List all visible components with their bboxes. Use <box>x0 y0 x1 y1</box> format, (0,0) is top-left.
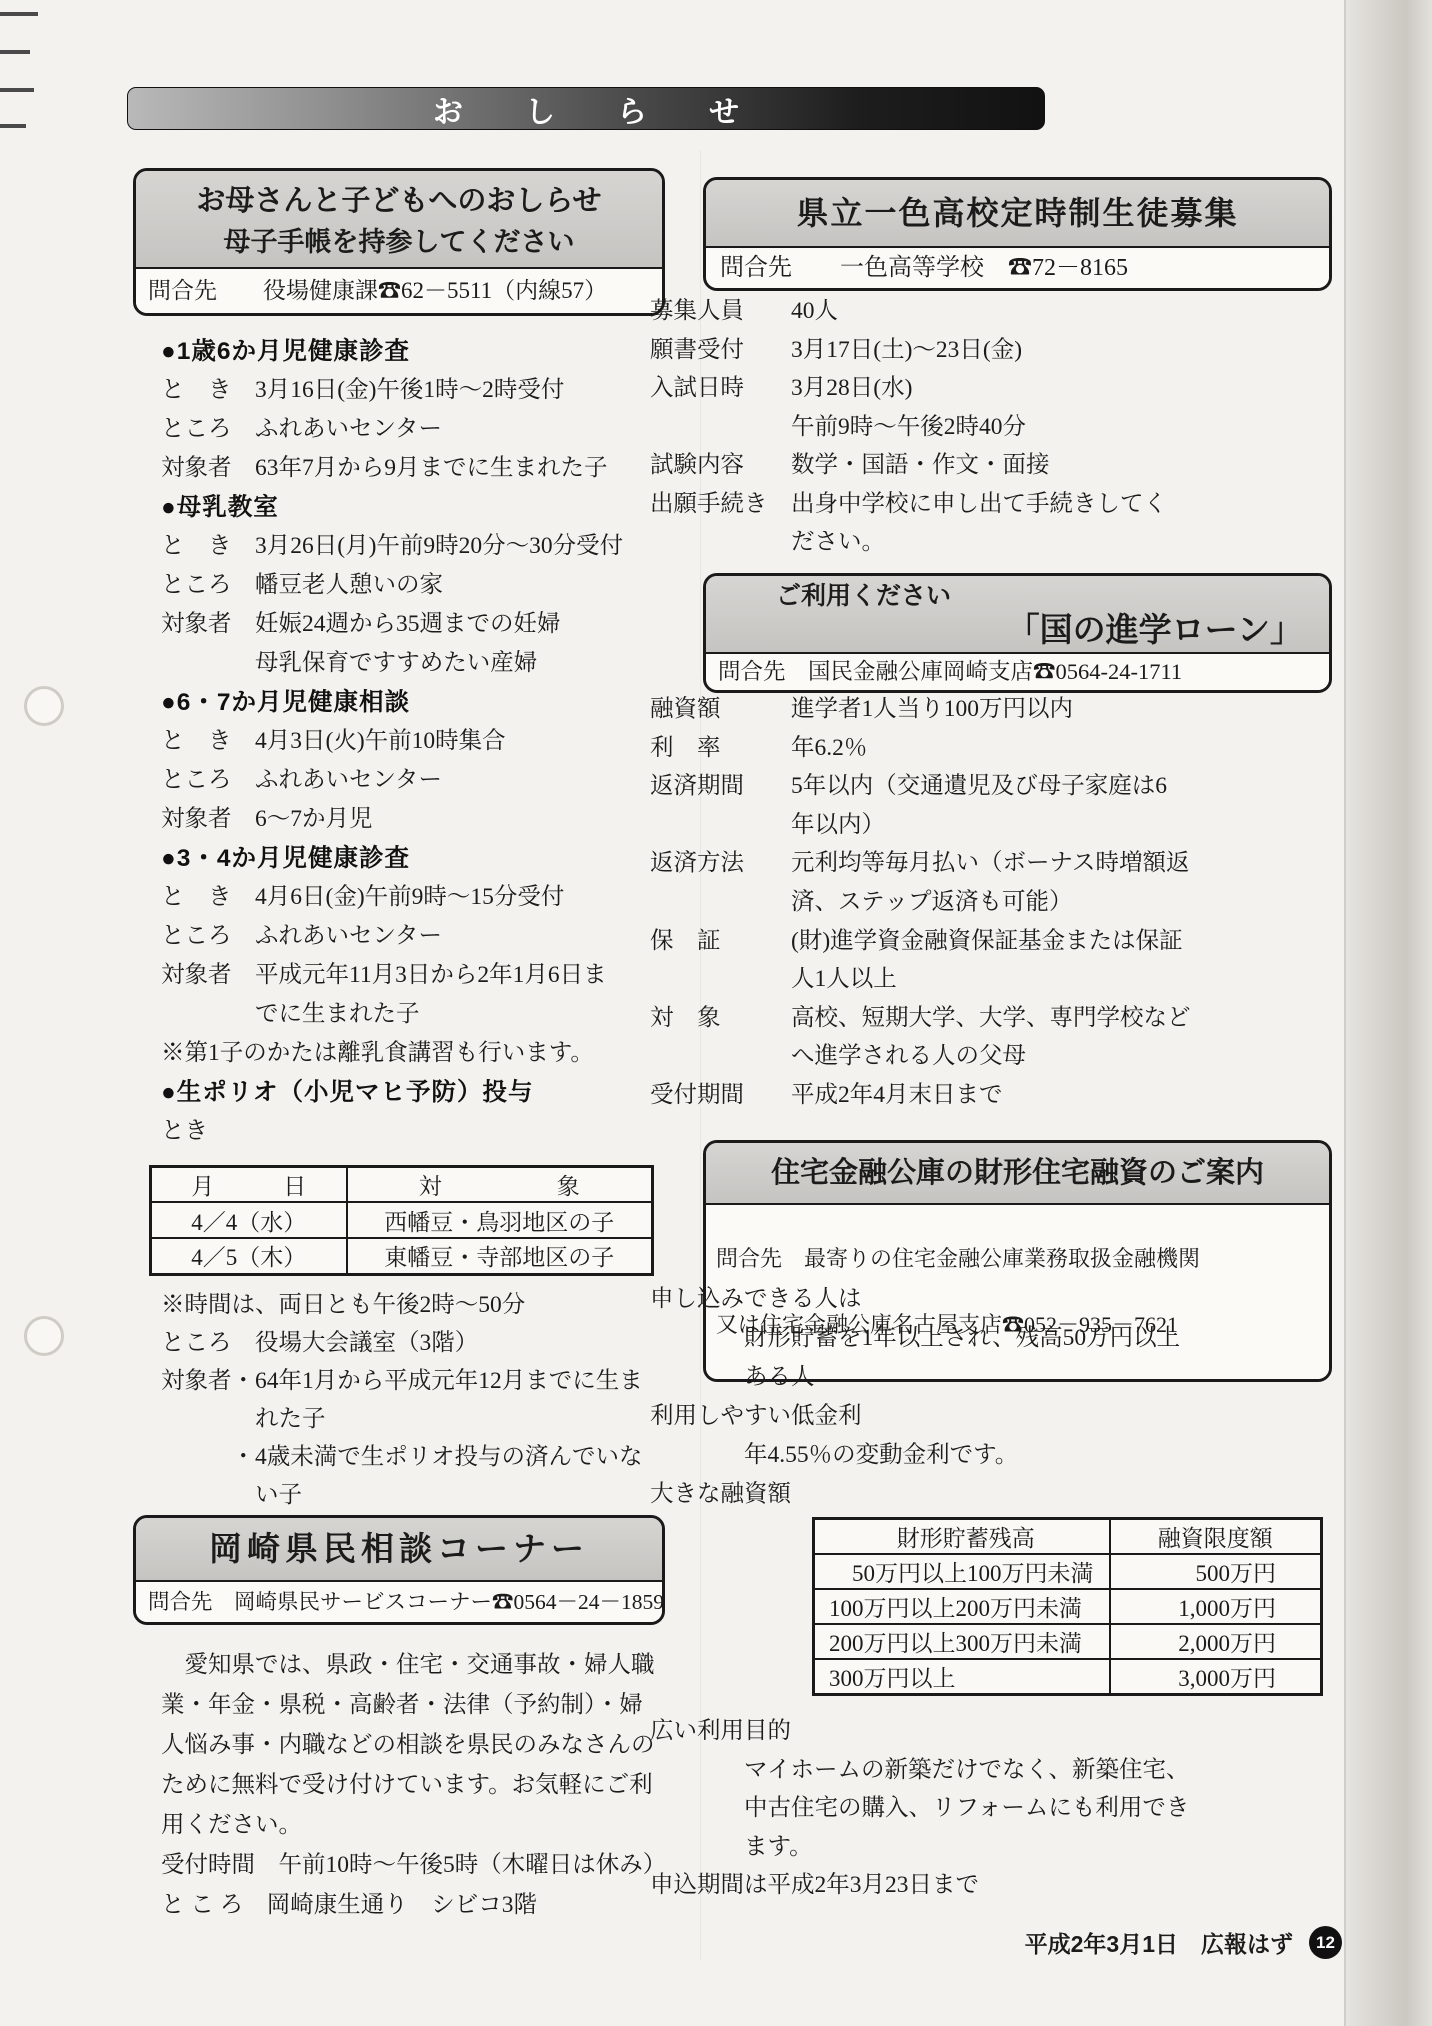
table-row: 200万円以上300万円未満 2,000万円 <box>814 1624 1322 1659</box>
text-line: 対象者 63年7月から9月までに生まれた子 <box>147 449 669 488</box>
footer-date: 平成2年3月1日 広報はず <box>1025 1926 1293 1959</box>
text-line: 年以内） <box>650 806 1332 845</box>
text-line: 大きな融資額 <box>650 1475 1332 1514</box>
column-header-date: 月 日 <box>151 1167 347 1203</box>
text-line: ださい。 <box>650 523 1332 562</box>
text-line: ところ 幡豆老人憩いの家 <box>147 566 669 605</box>
table-cell-target: 西幡豆・鳥羽地区の子 <box>347 1202 653 1238</box>
text-line: 申込期間は平成2年3月23日まで <box>650 1866 1332 1905</box>
mother-child-box: お母さんと子どもへのおしらせ 母子手帳を持参してください 問合先 役場健康課☎6… <box>133 168 665 316</box>
text-line: ●6・7か月児健康相談 <box>147 683 669 722</box>
text-line: マイホームの新築だけでなく、新築住宅、 <box>650 1751 1332 1790</box>
scan-mark <box>0 124 26 128</box>
text-line: へ進学される人の父母 <box>650 1037 1332 1076</box>
loan-limit-table: 財形貯蓄残高 融資限度額 50万円以上100万円未満 500万円 100万円以上… <box>812 1517 1323 1696</box>
text-line: 済、ステップ返済も可能） <box>650 883 1332 922</box>
text-line: 出願手続き 出身中学校に申し出て手続きしてく <box>650 485 1332 524</box>
text-line: 業・年金・県税・高齢者・法律（予約制）・婦 <box>147 1685 669 1725</box>
text-line: ●母乳教室 <box>147 488 669 527</box>
text-line: ところ ふれあいセンター <box>147 410 669 449</box>
table-cell-limit: 1,000万円 <box>1110 1589 1322 1624</box>
table-cell-savings: 50万円以上100万円未満 <box>814 1554 1110 1589</box>
binder-hole-bottom <box>24 1316 64 1356</box>
text-line: と き 3月26日(月)午前9時20分～30分受付 <box>147 527 669 566</box>
text-line: ある人 <box>650 1358 1332 1397</box>
isshiki-school-lines: 募集人員 40人願書受付 3月17日(土)～23日(金)入試日時 3月28日(水… <box>650 292 1332 562</box>
text-line: ●1歳6か月児健康診査 <box>147 332 669 371</box>
okazaki-corner-box: 岡崎県民相談コーナー 問合先 岡崎県民サービスコーナー☎0564－24－1859 <box>133 1515 665 1625</box>
note-line: ところ 役場大会議室（3階） <box>147 1324 669 1362</box>
table-row: 4／5（木） 東幡豆・寺部地区の子 <box>151 1238 653 1274</box>
note-line: ※時間は、両日とも午後2時～50分 <box>147 1286 669 1324</box>
text-line: 返済期間 5年以内（交通遺児及び母子家庭は6 <box>650 767 1332 806</box>
text-line: と き 4月6日(金)午前9時～15分受付 <box>147 878 669 917</box>
mother-child-contact: 問合先 役場健康課☎62－5511（内線57） <box>136 269 662 313</box>
text-line: 年4.55％の変動金利です。 <box>650 1436 1332 1475</box>
text-line: 対象者 平成元年11月3日から2年1月6日ま <box>147 956 669 995</box>
text-line: 用ください。 <box>147 1805 669 1845</box>
scan-mark <box>0 88 34 92</box>
newsletter-page: お し ら せ お母さんと子どもへのおしらせ 母子手帳を持参してください 問合先… <box>0 0 1432 2026</box>
table-header-row: 月 日 対 象 <box>151 1167 653 1203</box>
page-number-badge: 12 <box>1309 1926 1342 1959</box>
scan-mark <box>0 12 38 16</box>
text-line: 保 証 (財)進学資金融資保証基金または保証 <box>650 922 1332 961</box>
text-line: 願書受付 3月17日(土)～23日(金) <box>650 331 1332 370</box>
table-cell-savings: 200万円以上300万円未満 <box>814 1624 1110 1659</box>
isshiki-school-contact: 問合先 一色高等学校 ☎72－8165 <box>706 248 1329 288</box>
text-line: 広い利用目的 <box>650 1712 1332 1751</box>
text-line: ●3・4か月児健康診査 <box>147 839 669 878</box>
text-line: と き 4月3日(火)午前10時集合 <box>147 722 669 761</box>
table-cell-target: 東幡豆・寺部地区の子 <box>347 1238 653 1274</box>
column-header-target: 対 象 <box>347 1167 653 1203</box>
mother-child-title-line2: 母子手帳を持参してください <box>140 223 658 261</box>
mother-child-title-line1: お母さんと子どもへのおしらせ <box>140 179 658 223</box>
study-loan-lines: 融資額 進学者1人当り100万円以内利 率 年6.2％返済期間 5年以内（交通遺… <box>650 690 1332 1115</box>
table-row: 50万円以上100万円未満 500万円 <box>814 1554 1322 1589</box>
housing-loan-title: 住宅金融公庫の財形住宅融資のご案内 <box>706 1143 1329 1205</box>
study-loan-box: ご利用ください 「国の進学ローン」 問合先 国民金融公庫岡崎支店☎0564-24… <box>703 573 1332 693</box>
text-line: 返済方法 元利均等毎月払い（ボーナス時増額返 <box>650 844 1332 883</box>
note-line: い子 <box>147 1476 669 1514</box>
polio-schedule-table: 月 日 対 象 4／4（水） 西幡豆・鳥羽地区の子 4／5（木） 東幡豆・寺部地… <box>149 1165 654 1276</box>
mother-child-body: ●1歳6か月児健康診査と き 3月16日(金)午後1時～2時受付ところ ふれあい… <box>147 332 669 1514</box>
text-line: 受付期間 平成2年4月末日まで <box>650 1076 1332 1115</box>
table-row: 100万円以上200万円未満 1,000万円 <box>814 1589 1322 1624</box>
banner-title: お し ら せ <box>417 87 755 131</box>
text-line: 人悩み事・内職などの相談を県民のみなさんの <box>147 1725 669 1765</box>
study-loan-title-line2: 「国の進学ローン」 <box>706 612 1329 648</box>
text-line: 利 率 年6.2％ <box>650 729 1332 768</box>
study-loan-contact: 問合先 国民金融公庫岡崎支店☎0564-24-1711 <box>706 654 1329 690</box>
text-line: 母乳保育ですすめたい産婦 <box>147 644 669 683</box>
notice-banner: お し ら せ <box>127 87 1045 130</box>
text-line: 午前9時～午後2時40分 <box>650 408 1332 447</box>
isshiki-school-box: 県立一色高校定時制生徒募集 問合先 一色高等学校 ☎72－8165 <box>703 177 1332 291</box>
text-line: 融資額 進学者1人当り100万円以内 <box>650 690 1332 729</box>
table-cell-limit: 3,000万円 <box>1110 1659 1322 1695</box>
note-line: ・4歳未満で生ポリオ投与の済んでいな <box>147 1438 669 1476</box>
text-line: 人1人以上 <box>650 960 1332 999</box>
page-footer: 平成2年3月1日 広報はず 12 <box>650 1926 1342 1959</box>
text-line: と き 3月16日(金)午後1時～2時受付 <box>147 371 669 410</box>
text-line: 対 象 高校、短期大学、大学、専門学校など <box>650 999 1332 1038</box>
text-line: 入試日時 3月28日(水) <box>650 369 1332 408</box>
okazaki-corner-title: 岡崎県民相談コーナー <box>136 1518 662 1582</box>
study-loan-title-line1: ご利用ください <box>706 580 1329 612</box>
text-line: 財形貯蓄を1年以上され、残高50万円以上 <box>650 1319 1332 1358</box>
text-line: 利用しやすい低金利 <box>650 1397 1332 1436</box>
note-line: れた子 <box>147 1400 669 1438</box>
table-cell-savings: 300万円以上 <box>814 1659 1110 1695</box>
housing-loan-contact-line1: 問合先 最寄りの住宅金融公庫業務取扱金融機関 <box>716 1244 1329 1274</box>
text-line: ※第1子のかたは離乳食講習も行います。 <box>147 1034 669 1073</box>
text-line: 愛知県では、県政・住宅・交通事故・婦人職 <box>147 1645 669 1685</box>
housing-loan-pre-lines: 申し込みできる人は 財形貯蓄を1年以上され、残高50万円以上 ある人利用しやすい… <box>650 1280 1332 1514</box>
text-line: ところ ふれあいセンター <box>147 761 669 800</box>
scan-mark <box>0 50 30 54</box>
text-line: 対象者 6～7か月児 <box>147 800 669 839</box>
isshiki-school-title: 県立一色高校定時制生徒募集 <box>706 180 1329 248</box>
column-fold-line <box>700 150 701 1960</box>
table-row: 300万円以上 3,000万円 <box>814 1659 1322 1695</box>
column-header-savings: 財形貯蓄残高 <box>814 1519 1110 1555</box>
text-line: 募集人員 40人 <box>650 292 1332 331</box>
text-line: 申し込みできる人は <box>650 1280 1332 1319</box>
text-line: とき <box>147 1112 669 1151</box>
table-cell-date: 4／4（水） <box>151 1202 347 1238</box>
table-cell-limit: 500万円 <box>1110 1554 1322 1589</box>
table-header-row: 財形貯蓄残高 融資限度額 <box>814 1519 1322 1555</box>
okazaki-corner-contact: 問合先 岡崎県民サービスコーナー☎0564－24－1859 <box>136 1582 662 1622</box>
text-line: ●生ポリオ（小児マヒ予防）投与 <box>147 1073 669 1112</box>
table-cell-savings: 100万円以上200万円未満 <box>814 1589 1110 1624</box>
binder-hole-top <box>24 686 64 726</box>
table-row: 4／4（水） 西幡豆・鳥羽地区の子 <box>151 1202 653 1238</box>
text-line: でに生まれた子 <box>147 995 669 1034</box>
text-line: ために無料で受け付けています。お気軽にご利 <box>147 1765 669 1805</box>
text-line: ところ ふれあいセンター <box>147 917 669 956</box>
note-line: 対象者・64年1月から平成元年12月までに生ま <box>147 1362 669 1400</box>
text-line: 試験内容 数学・国語・作文・面接 <box>650 446 1332 485</box>
text-line: 対象者 妊娠24週から35週までの妊婦 <box>147 605 669 644</box>
text-line: と こ ろ 岡崎康生通り シビコ3階 <box>147 1885 669 1925</box>
next-page-edge <box>1344 0 1432 2026</box>
text-line: 中古住宅の購入、リフォームにも利用でき <box>650 1789 1332 1828</box>
column-header-limit: 融資限度額 <box>1110 1519 1322 1555</box>
text-line: 受付時間 午前10時～午後5時（木曜日は休み） <box>147 1845 669 1885</box>
housing-loan-post-lines: 広い利用目的 マイホームの新築だけでなく、新築住宅、 中古住宅の購入、リフォーム… <box>650 1712 1332 1905</box>
table-cell-date: 4／5（木） <box>151 1238 347 1274</box>
text-line: ます。 <box>650 1828 1332 1867</box>
okazaki-paragraph: 愛知県では、県政・住宅・交通事故・婦人職業・年金・県税・高齢者・法律（予約制）・… <box>147 1645 669 1925</box>
table-cell-limit: 2,000万円 <box>1110 1624 1322 1659</box>
